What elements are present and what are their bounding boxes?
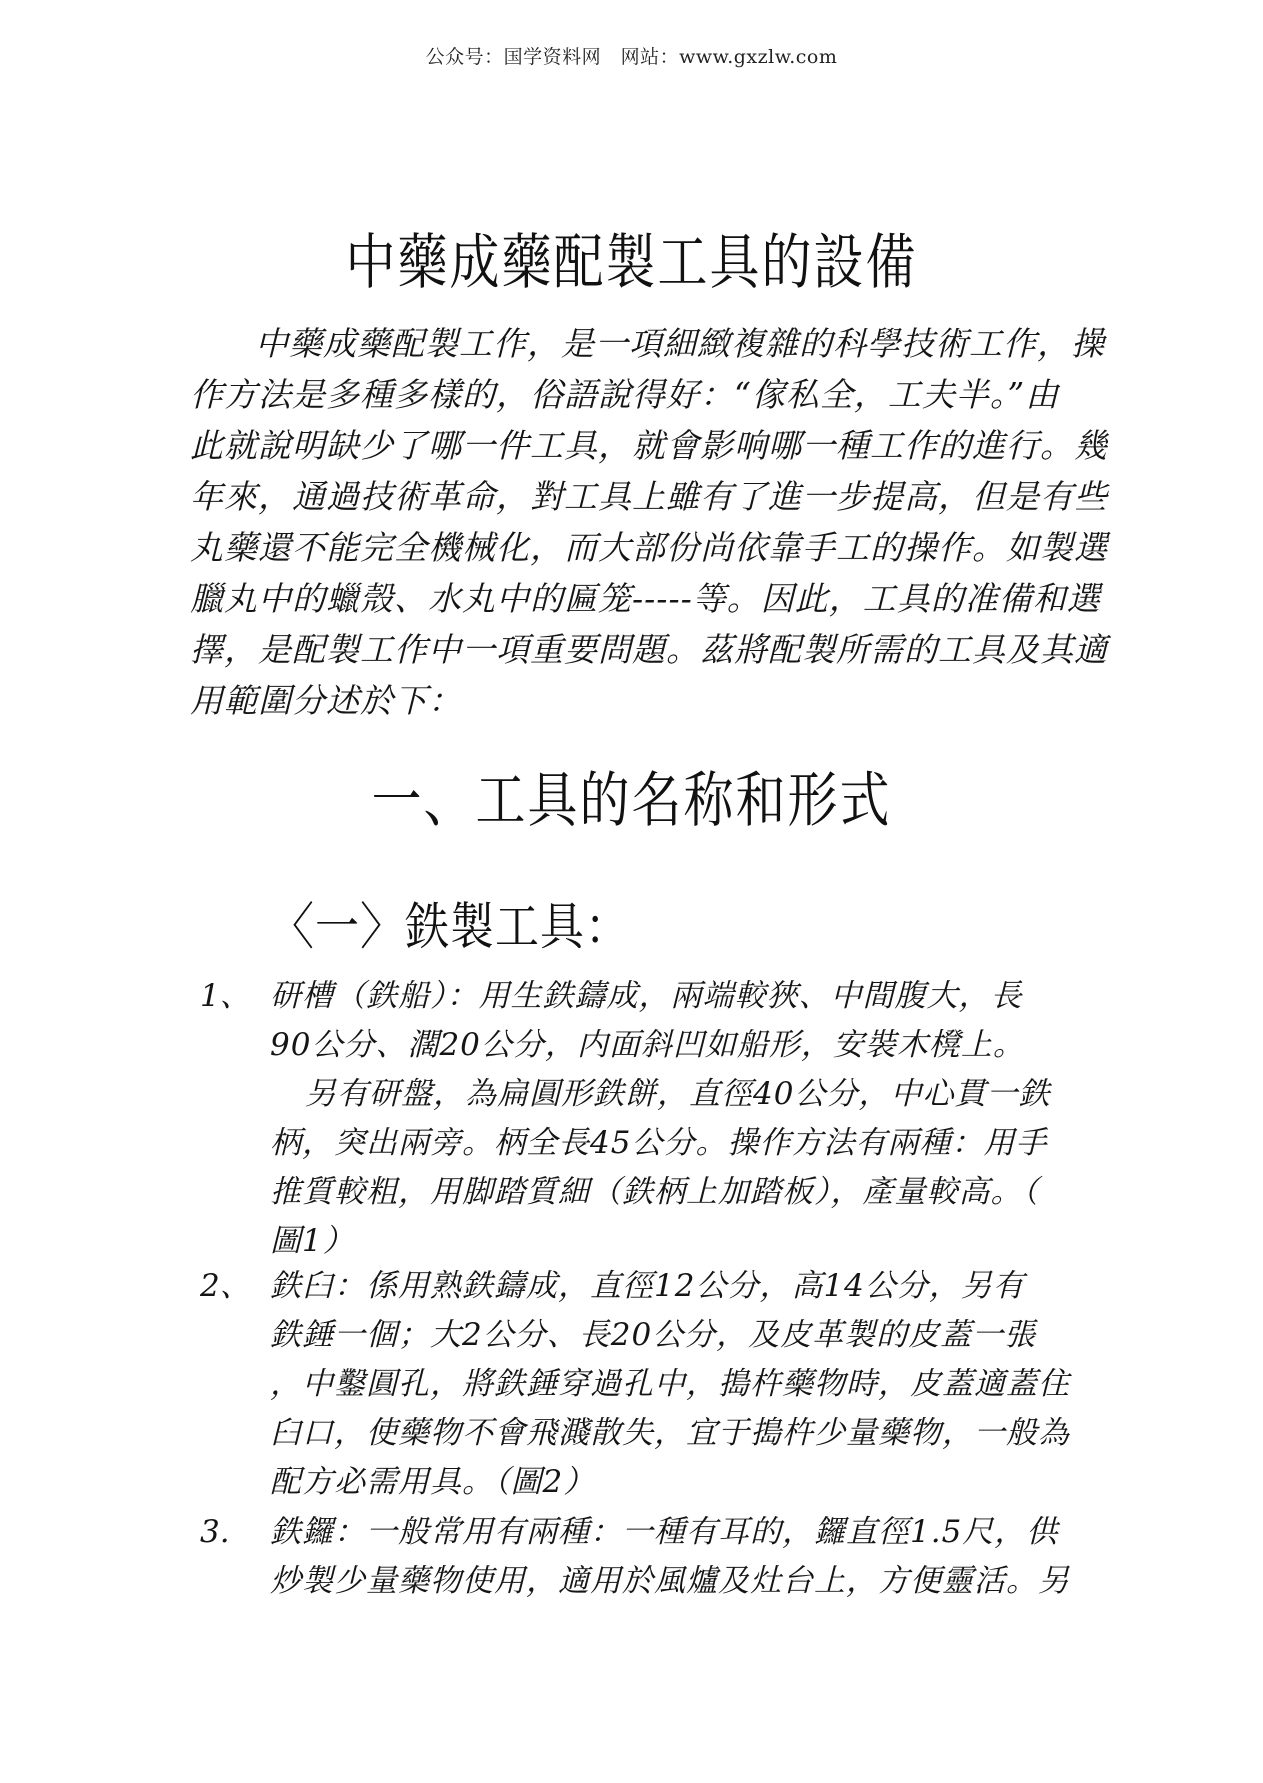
document-title: 中藥成藥配製工具的設備 [0, 215, 1263, 301]
item-line: 推質較粗，用脚踏質細（鉄柄上加踏板），產量較高。（ [270, 1168, 1210, 1217]
list-item: 1、 研槽（鉄船）：用生鉄鑄成，兩端較狹、中間腹大，長 90公分、濶20公分，内… [200, 972, 1210, 1266]
list-item: 3. 鉄鑼：一般常用有兩種：一種有耳的，鑼直徑1.5尺，供 炒製少量藥物使用，適… [200, 1508, 1210, 1606]
item-line: 臼口，使藥物不會飛濺散失，宜于搗杵少量藥物，一般為 [270, 1409, 1210, 1458]
section-heading: 一、工具的名称和形式 [0, 753, 1263, 839]
item-line: 鉄臼：係用熟鉄鑄成，直徑12公分，高14公分，另有 [270, 1262, 1210, 1311]
paragraph-line: 中藥成藥配製工作，是一項細緻複雜的科學技術工作，操 [190, 318, 1190, 369]
paragraph-line: 作方法是多種多樣的，俗語說得好：“傢私全，工夫半。”由 [190, 369, 1190, 420]
item-line: 柄，突出兩旁。柄全長45公分。操作方法有兩種：用手 [270, 1119, 1210, 1168]
list-item: 2、 鉄臼：係用熟鉄鑄成，直徑12公分，高14公分，另有 鉄錘一個；大2公分、長… [200, 1262, 1210, 1507]
item-line: 鉄鑼：一般常用有兩種：一種有耳的，鑼直徑1.5尺，供 [270, 1508, 1210, 1557]
paragraph-line: 臘丸中的蠟殼、水丸中的匾笼-----等。因此，工具的准備和選 [190, 573, 1190, 624]
item-line: 另有研盤，為扁圓形鉄餅，直徑40公分，中心貫一鉄 [270, 1070, 1210, 1119]
item-line: 鉄錘一個；大2公分、長20公分，及皮革製的皮蓋一張 [270, 1311, 1210, 1360]
item-line: 炒製少量藥物使用，適用於風爐及灶台上，方便靈活。另 [270, 1557, 1210, 1606]
item-line: ，中鑿圓孔，將鉄錘穿過孔中，搗杵藥物時，皮蓋適蓋住 [270, 1360, 1210, 1409]
item-number: 2、 [200, 1262, 251, 1311]
paragraph-line: 此就說明缺少了哪一件工具，就會影响哪一種工作的進行。幾 [190, 420, 1190, 471]
item-line: 圖1） [270, 1217, 1210, 1266]
item-line: 配方必需用具。（圖2） [270, 1458, 1210, 1507]
watermark-header: 公众号：国学资料网 网站：www.gxzlw.com [0, 42, 1263, 69]
item-line: 研槽（鉄船）：用生鉄鑄成，兩端較狹、中間腹大，長 [270, 972, 1210, 1021]
paragraph-line: 年來，通過技術革命，對工具上雖有了進一步提高，但是有些 [190, 471, 1190, 522]
paragraph-line: 擇，是配製工作中一項重要問題。茲將配製所需的工具及其適 [190, 624, 1190, 675]
paragraph-line: 丸藥還不能完全機械化，而大部份尚依靠手工的操作。如製選 [190, 522, 1190, 573]
item-number: 3. [200, 1508, 230, 1557]
paragraph-line: 用範圍分述於下： [190, 675, 1190, 726]
sub-heading: 〈一〉鉄製工具： [270, 885, 630, 959]
intro-paragraph: 中藥成藥配製工作，是一項細緻複雜的科學技術工作，操 作方法是多種多樣的，俗語說得… [190, 318, 1190, 726]
item-line: 90公分、濶20公分，内面斜凹如船形，安裝木櫈上。 [270, 1021, 1210, 1070]
item-number: 1、 [200, 972, 251, 1021]
